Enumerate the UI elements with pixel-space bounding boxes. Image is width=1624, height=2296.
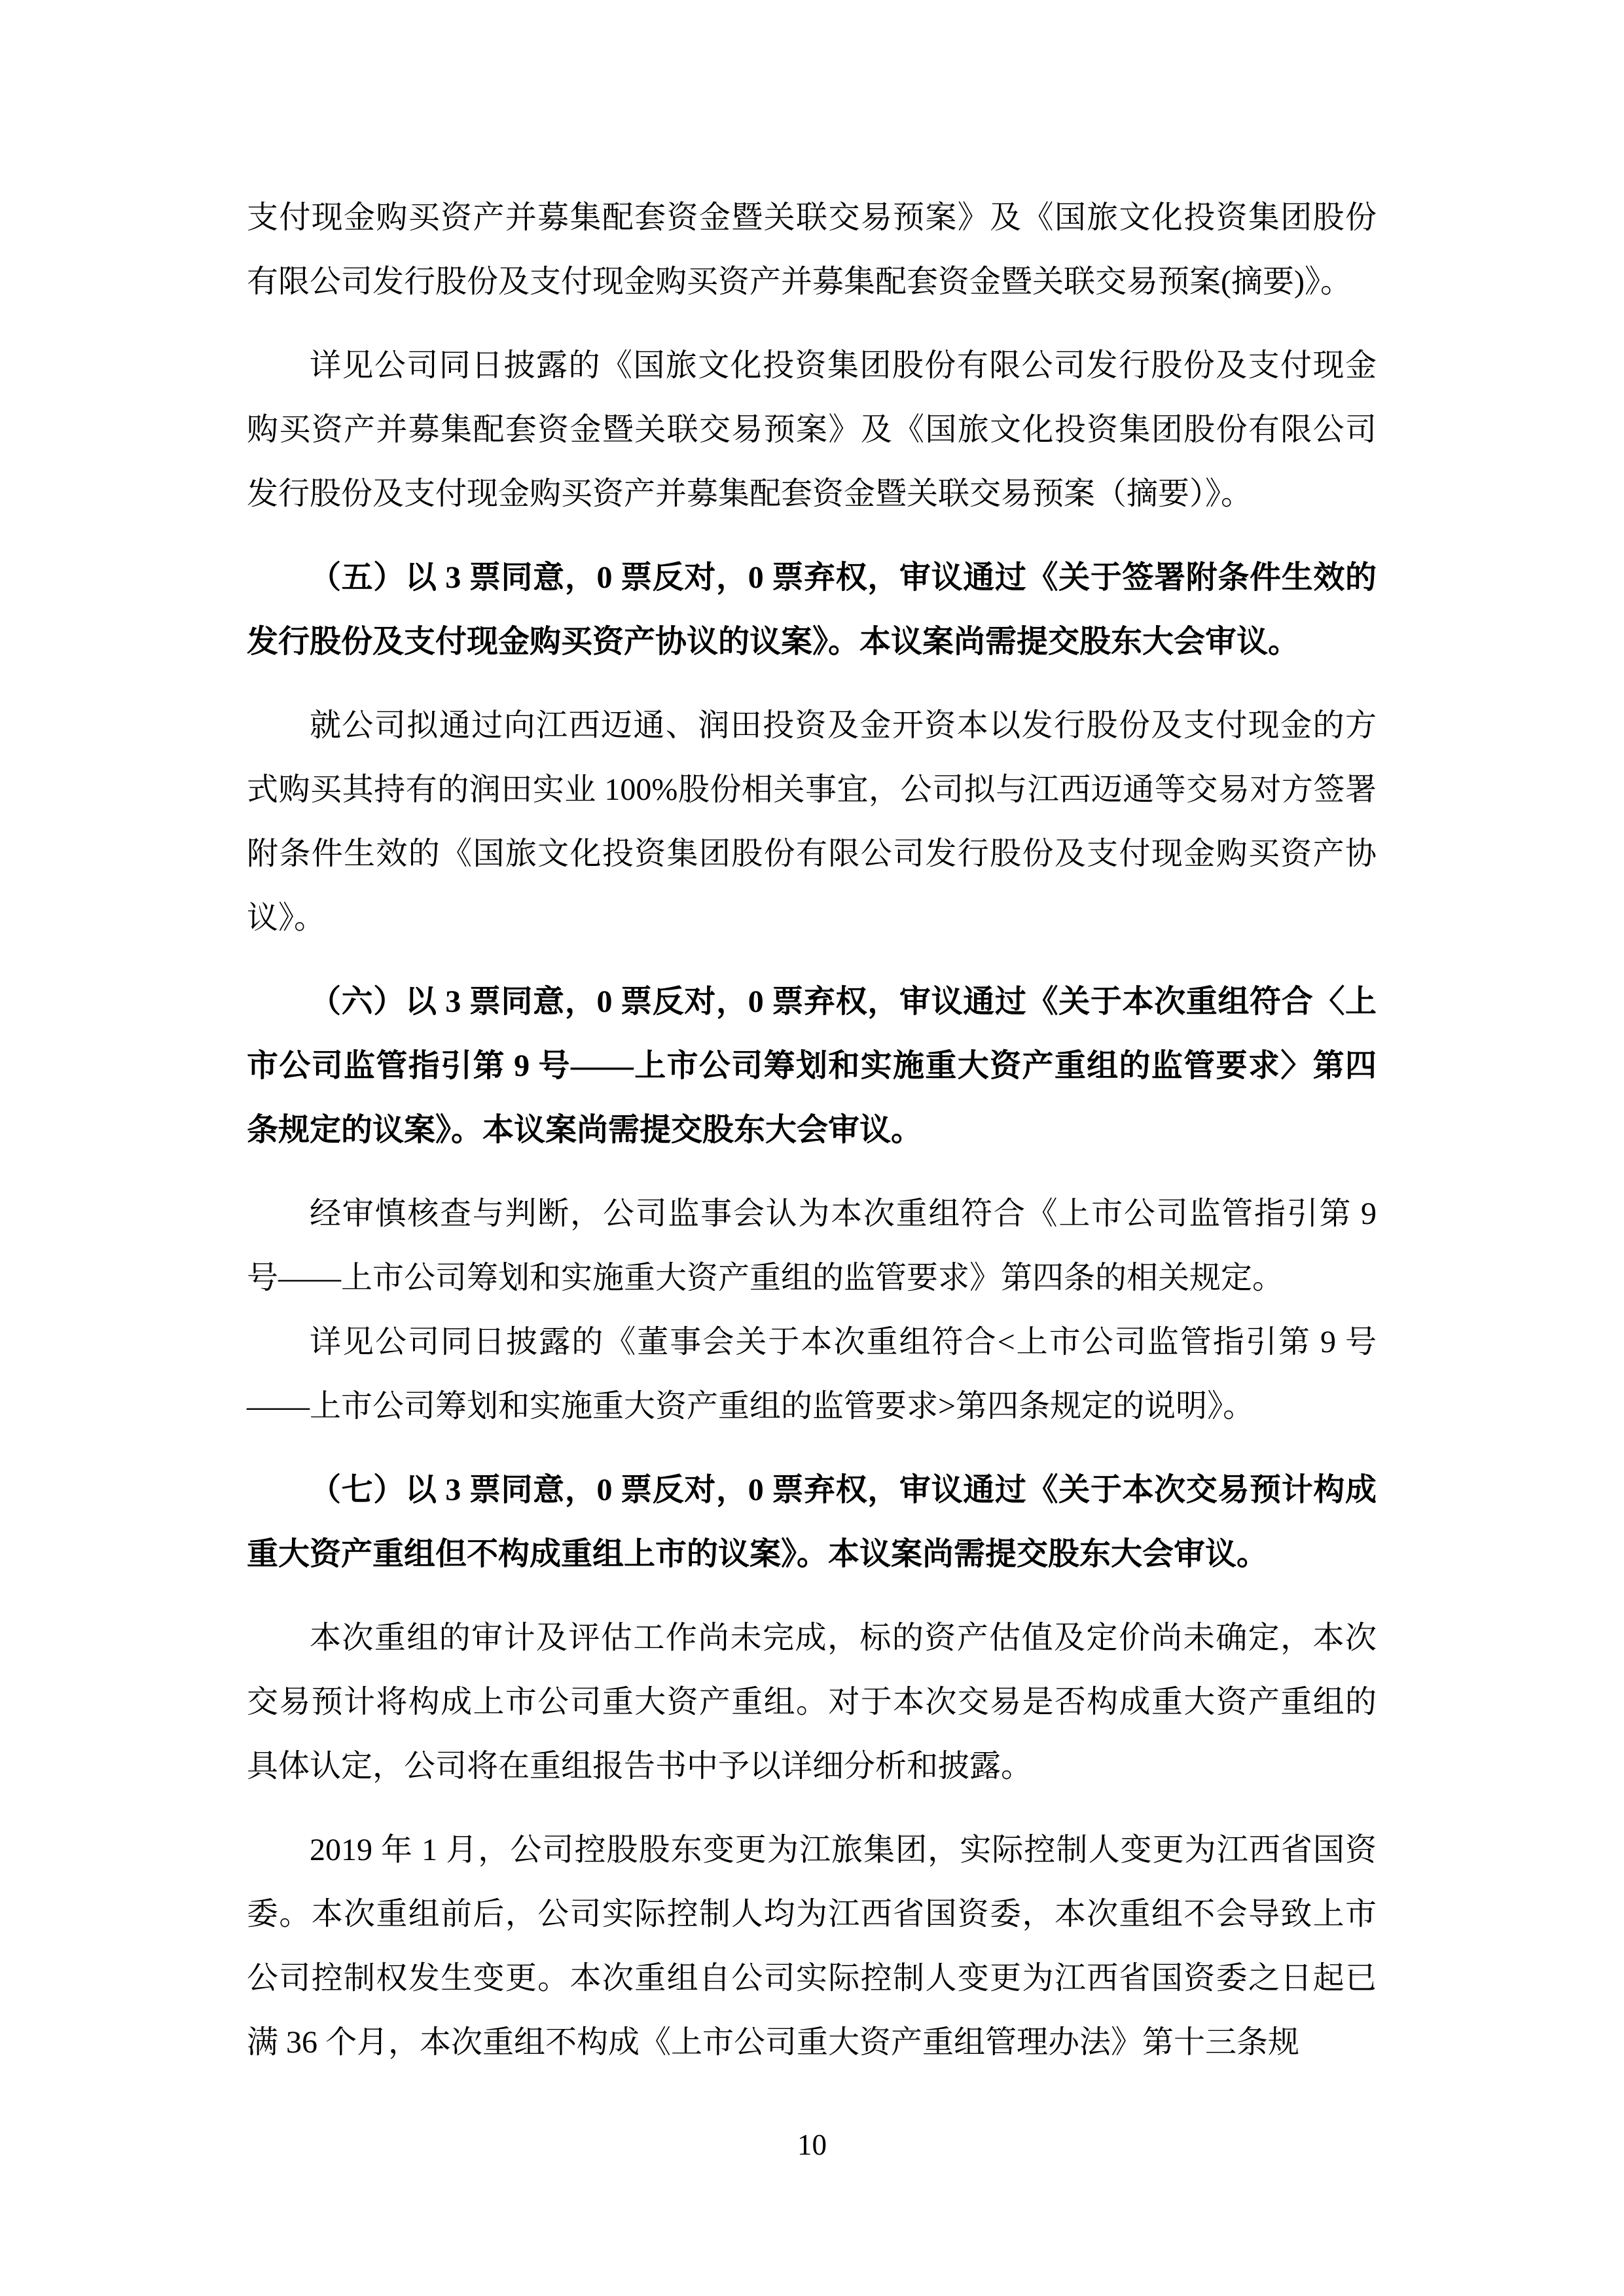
paragraph-control-change-history: 2019 年 1 月，公司控股股东变更为江旅集团，实际控制人变更为江西省国资委。… — [247, 1818, 1377, 2075]
resolution-item-6-heading: （六）以 3 票同意，0 票反对，0 票弃权，审议通过《关于本次重组符合〈上市公… — [247, 970, 1377, 1162]
paragraph-disclosure-reference-plan: 详见公司同日披露的《国旅文化投资集团股份有限公司发行股份及支付现金购买资产并募集… — [247, 334, 1377, 526]
resolution-item-5-heading: （五）以 3 票同意，0 票反对，0 票弃权，审议通过《关于签署附条件生效的发行… — [247, 546, 1377, 674]
document-page: 支付现金购买资产并募集配套资金暨关联交易预案》及《国旅文化投资集团股份有限公司发… — [0, 0, 1624, 2296]
paragraph-agreement-details: 就公司拟通过向江西迈通、润田投资及金开资本以发行股份及支付现金的方式购买其持有的… — [247, 694, 1377, 950]
page-number: 10 — [0, 2127, 1624, 2162]
document-body: 支付现金购买资产并募集配套资金暨关联交易预案》及《国旅文化投资集团股份有限公司发… — [247, 186, 1377, 2075]
paragraph-continuation-plan-titles: 支付现金购买资产并募集配套资金暨关联交易预案》及《国旅文化投资集团股份有限公司发… — [247, 186, 1377, 314]
paragraph-audit-valuation-status: 本次重组的审计及评估工作尚未完成，标的资产估值及定价尚未确定，本次交易预计将构成… — [247, 1606, 1377, 1799]
resolution-item-7-heading: （七）以 3 票同意，0 票反对，0 票弃权，审议通过《关于本次交易预计构成重大… — [247, 1458, 1377, 1587]
paragraph-disclosure-reference-board-statement: 详见公司同日披露的《董事会关于本次重组符合<上市公司监管指引第 9 号——上市公… — [247, 1310, 1377, 1439]
paragraph-supervisory-board-opinion: 经审慎核查与判断，公司监事会认为本次重组符合《上市公司监管指引第 9 号——上市… — [247, 1182, 1377, 1310]
